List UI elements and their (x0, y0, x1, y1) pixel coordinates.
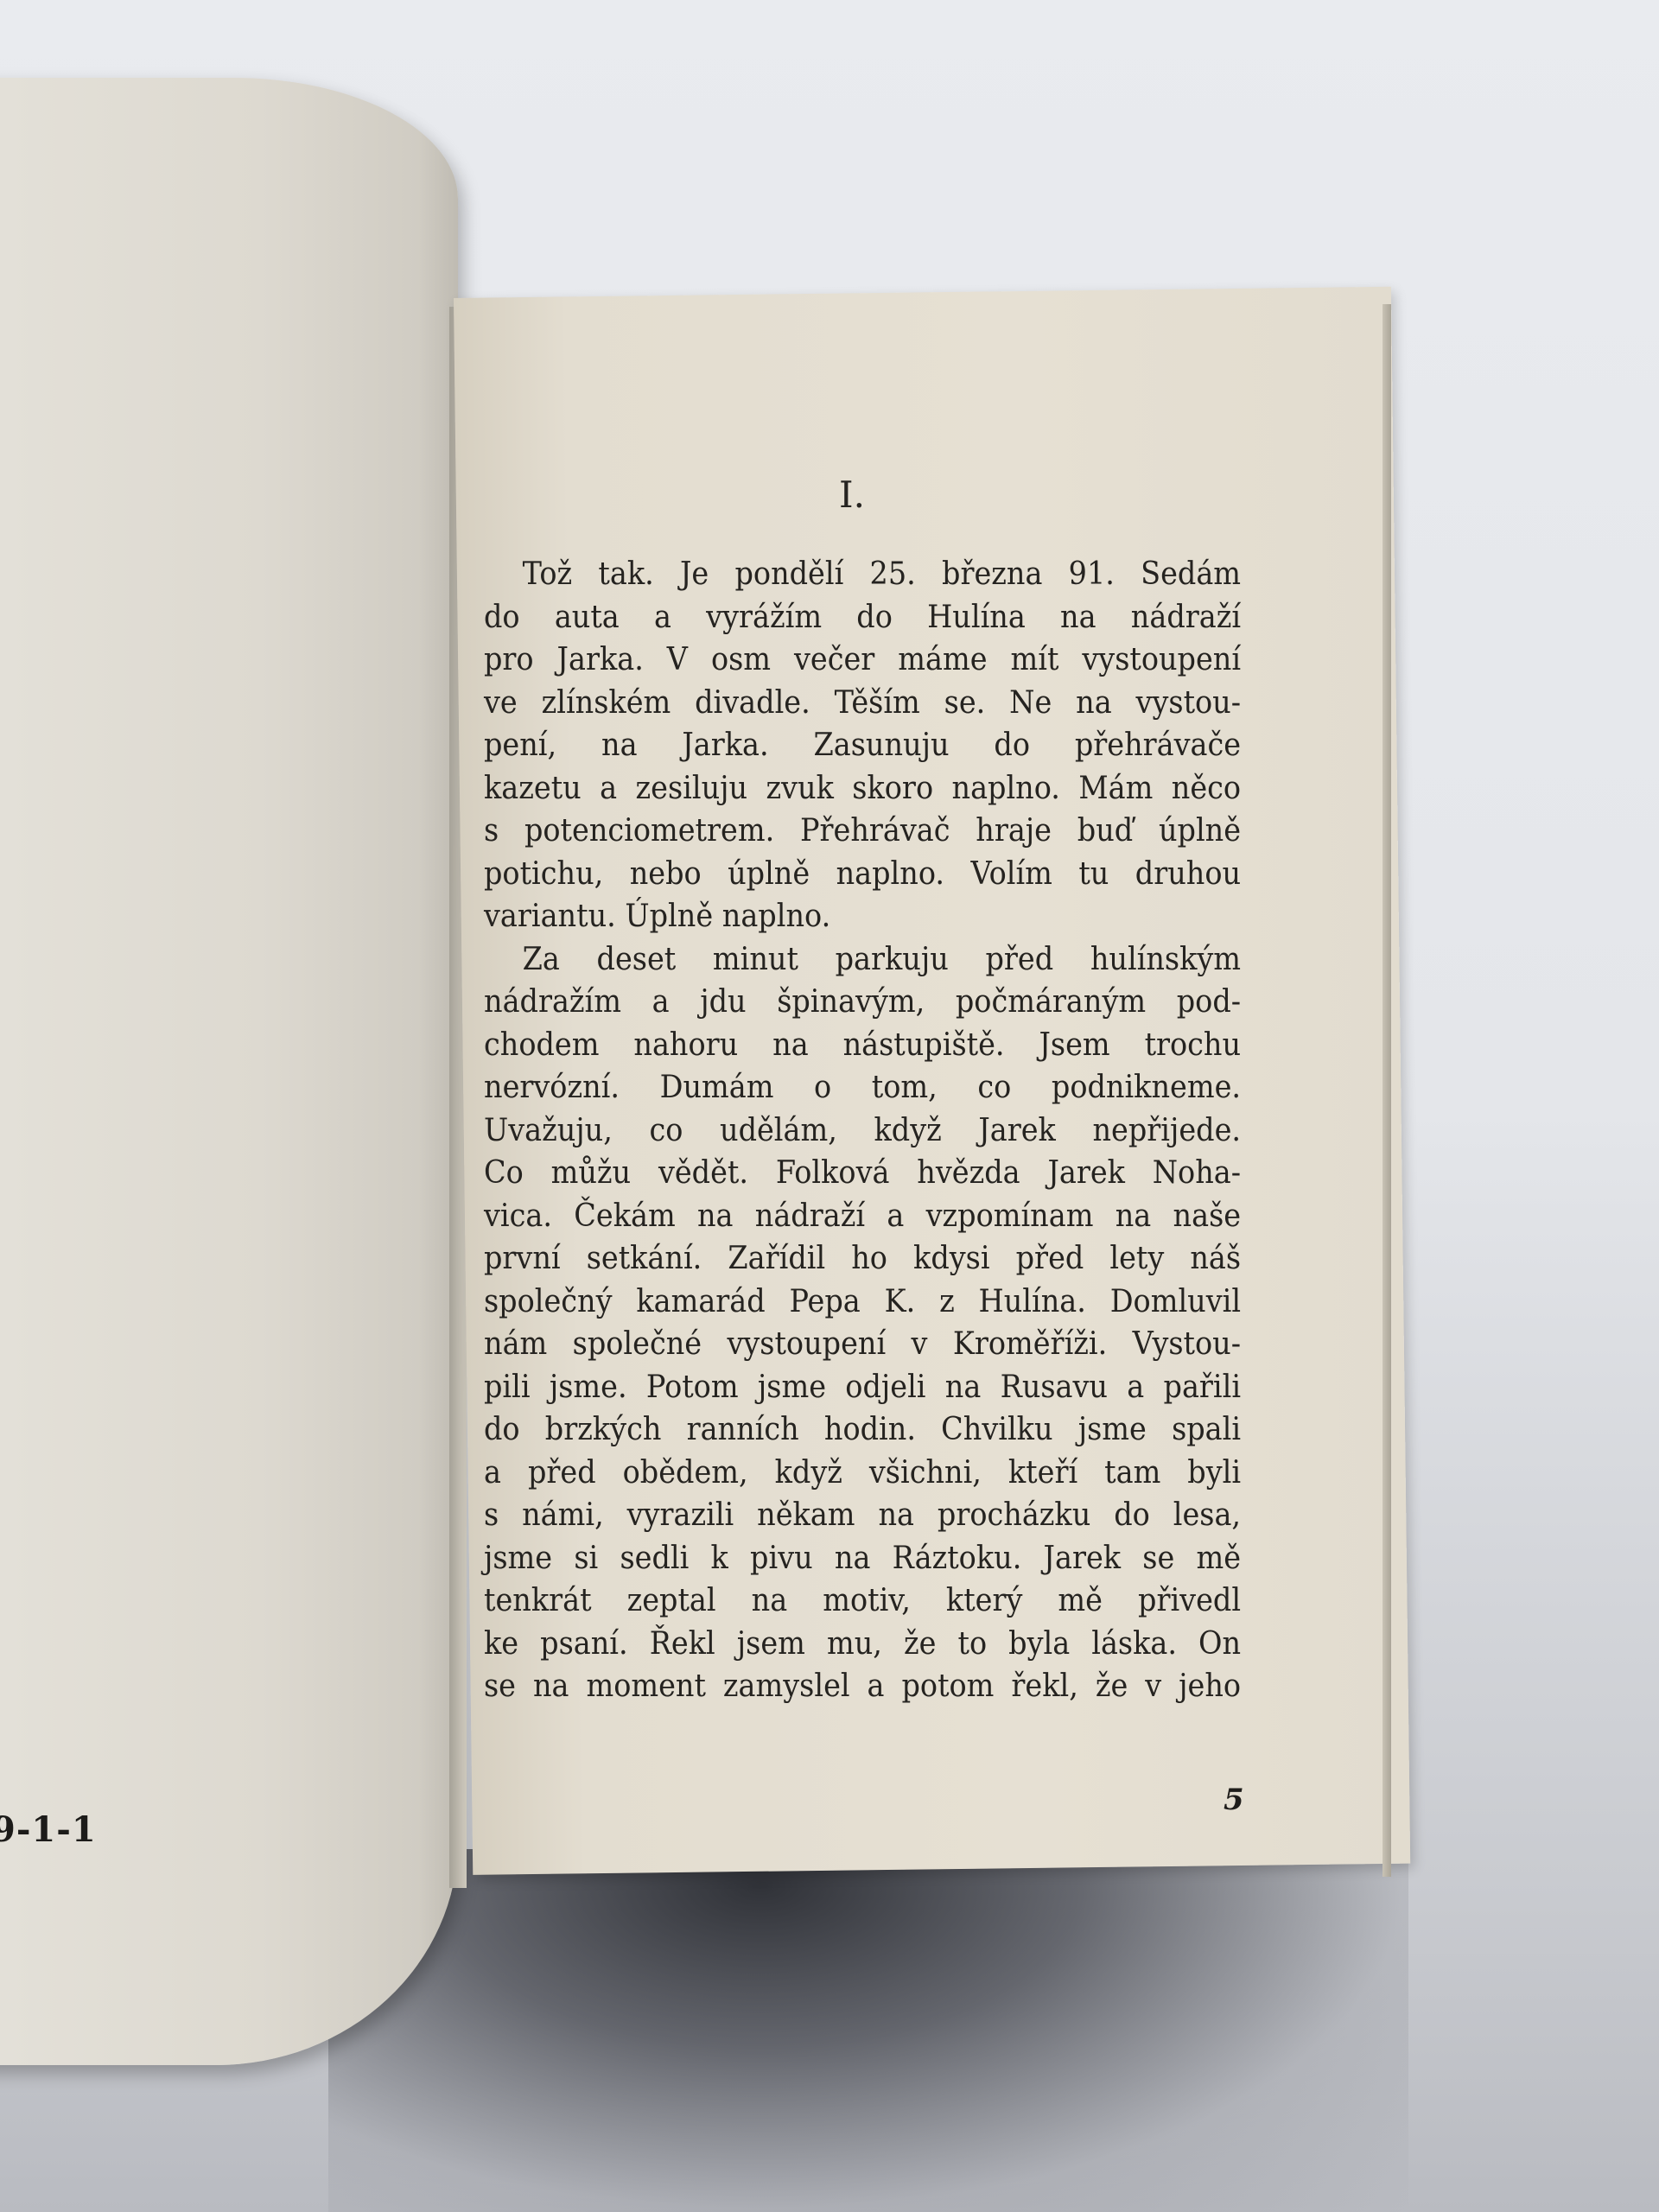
text-line: a před obědem, když všichni, kteří tam b… (484, 1452, 1241, 1495)
text-line: jsme si sedli k pivu na Ráztoku. Jarek s… (484, 1537, 1241, 1580)
text-line: Uvažuju, co udělám, když Jarek nepřijede… (484, 1109, 1241, 1153)
chapter-heading: I. (839, 474, 865, 516)
text-line: pili jsme. Potom jsme odjeli na Rusavu a… (484, 1366, 1241, 1409)
text-line: chodem nahoru na nástupiště. Jsem trochu (484, 1024, 1241, 1067)
text-line: tenkrát zeptal na motiv, který mě přived… (484, 1580, 1241, 1623)
text-line: variantu. Úplně naplno. (484, 895, 1241, 938)
text-line: ve zlínském divadle. Těším se. Ne na vys… (484, 682, 1241, 725)
text-line: s námi, vyrazili někam na procházku do l… (484, 1494, 1241, 1537)
right-page-edge (1382, 304, 1391, 1877)
text-line: potichu, nebo úplně naplno. Volím tu dru… (484, 853, 1241, 896)
text-line: pení, na Jarka. Zasunuju do přehrávače (484, 724, 1241, 767)
text-line: Co můžu vědět. Folková hvězda Jarek Noha… (484, 1152, 1241, 1195)
text-line: nervózní. Dumám o tom, co podnikneme. (484, 1066, 1241, 1109)
text-line: Tož tak. Je pondělí 25. března 91. Sedám (484, 553, 1241, 596)
text-line: nádražím a jdu špinavým, počmáraným pod- (484, 981, 1241, 1024)
text-line: kazetu a zesiluju zvuk skoro naplno. Mám… (484, 767, 1241, 810)
paragraph-2: Za deset minut parkuju před hulínským ná… (484, 938, 1241, 1708)
page-number: 5 (1224, 1783, 1244, 1817)
text-line: vica. Čekám na nádraží a vzpomínam na na… (484, 1195, 1241, 1238)
text-line: pro Jarka. V osm večer máme mít vystoupe… (484, 639, 1241, 682)
surface-shadow (328, 1849, 1408, 2212)
left-page (0, 78, 458, 2065)
text-line: první setkání. Zařídil ho kdysi před let… (484, 1237, 1241, 1281)
text-line: do brzkých ranních hodin. Chvilku jsme s… (484, 1408, 1241, 1452)
text-line: Za deset minut parkuju před hulínským (484, 938, 1241, 982)
text-line: se na moment zamyslel a potom řekl, že v… (484, 1665, 1241, 1708)
body-text: Tož tak. Je pondělí 25. března 91. Sedám… (484, 553, 1241, 1708)
paragraph-1: Tož tak. Je pondělí 25. března 91. Sedám… (484, 553, 1241, 938)
text-line: s potenciometrem. Přehrávač hraje buď úp… (484, 810, 1241, 853)
text-line: společný kamarád Pepa K. z Hulína. Domlu… (484, 1281, 1241, 1324)
text-line: nám společné vystoupení v Kroměříži. Vys… (484, 1323, 1241, 1366)
text-line: ke psaní. Řekl jsem mu, že to byla láska… (484, 1623, 1241, 1666)
left-page-footer-code: 9-1-1 (0, 1809, 97, 1850)
text-line: do auta a vyrážím do Hulína na nádraží (484, 596, 1241, 639)
